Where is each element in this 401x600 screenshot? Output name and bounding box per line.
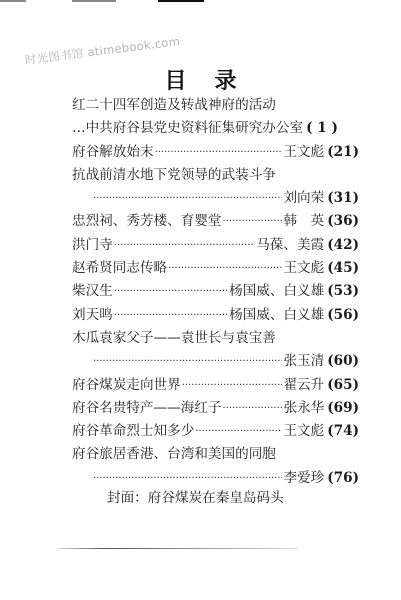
toc-page-number: (31) [327, 187, 359, 210]
toc-author: 马葆、美霞 [256, 234, 324, 257]
dot-leader [182, 374, 283, 397]
toc-author: 杨国威、白义雄 [229, 280, 324, 303]
watermark: 时光图书馆 atimebook.com [24, 33, 181, 68]
toc-entry[interactable]: 府谷解放始末 王文彪 (21) [72, 141, 359, 164]
toc-author: 中共府谷县党史资料征集研究办公室 [86, 117, 304, 140]
toc-entry[interactable]: 刘向荣 (31) [72, 187, 359, 210]
toc-author: 王文彪 [283, 141, 324, 164]
toc-page-number: (65) [327, 374, 359, 397]
toc-page-number: (53) [327, 280, 359, 303]
dot-leader [114, 304, 228, 327]
toc-title: 赵希贤同志传略 [72, 257, 167, 280]
scan-mark [72, 0, 116, 2]
toc-page-number: (74) [327, 420, 359, 443]
toc-title: 柴汉生 [72, 280, 113, 303]
toc-entry[interactable]: 张玉清 (60) [72, 350, 359, 373]
toc-author: 刘向荣 [283, 187, 324, 210]
dot-leader [168, 257, 282, 280]
toc-page-number: (42) [327, 234, 359, 257]
scan-mark [158, 0, 204, 2]
toc-entry-title[interactable]: 抗战前清水地下党领导的武装斗争 [72, 164, 359, 187]
toc-author: 张玉清 [283, 350, 324, 373]
scan-mark [0, 0, 26, 2]
dot-leader [195, 420, 282, 443]
toc-page-number: (45) [327, 257, 359, 280]
dot-leader [155, 141, 283, 164]
table-of-contents: 红二十四军创造及转战神府的活动 … 中共府谷县党史资料征集研究办公室 ( 1 )… [72, 94, 359, 490]
dot-leader [93, 350, 282, 373]
toc-author: 杨国威、白义雄 [229, 304, 324, 327]
toc-page-number: (76) [327, 467, 359, 490]
page-title: 目录 [0, 64, 401, 95]
toc-title: 木瓜袁家父子——袁世长与袁宝善 [72, 327, 359, 350]
toc-page-number: (21) [327, 141, 359, 164]
dot-leader [93, 187, 282, 210]
cover-caption: 封面：府谷煤炭在秦皇岛码头 [107, 486, 284, 506]
toc-page-number: (56) [327, 304, 359, 327]
toc-title: 洪门寺 [72, 234, 113, 257]
toc-page-number: ( 1 ) [306, 117, 338, 140]
dot-leader [114, 280, 228, 303]
toc-entry[interactable]: 府谷煤炭走向世界 翟云升 (65) [72, 374, 359, 397]
dot-leader [114, 234, 255, 257]
toc-title: 府谷革命烈士知多少 [72, 420, 194, 443]
toc-title: 府谷解放始末 [72, 141, 154, 164]
dot-leader [223, 210, 283, 233]
toc-title: 忠烈祠、秀芳楼、育婴堂 [72, 210, 222, 233]
toc-entry-title[interactable]: 木瓜袁家父子——袁世长与袁宝善 [72, 327, 359, 350]
toc-author: 王文彪 [283, 257, 324, 280]
toc-entry[interactable]: 府谷名贵特产——海红子 张永华 (69) [72, 397, 359, 420]
toc-entry[interactable]: 柴汉生 杨国威、白义雄 (53) [72, 280, 359, 303]
toc-entry[interactable]: 赵希贤同志传略 王文彪 (45) [72, 257, 359, 280]
toc-title: 府谷煤炭走向世界 [72, 374, 181, 397]
toc-entry[interactable]: 忠烈祠、秀芳楼、育婴堂 韩 英 (36) [72, 210, 359, 233]
toc-title: 抗战前清水地下党领导的武装斗争 [72, 164, 359, 187]
toc-title: 红二十四军创造及转战神府的活动 [72, 94, 359, 117]
toc-lead-in: … [72, 117, 86, 140]
toc-title: 府谷名贵特产——海红子 [72, 397, 222, 420]
scan-bottom-rule [58, 548, 298, 549]
toc-entry[interactable]: 刘天鸣 杨国威、白义雄 (56) [72, 304, 359, 327]
toc-author: 王文彪 [283, 420, 324, 443]
toc-entry[interactable]: … 中共府谷县党史资料征集研究办公室 ( 1 ) [72, 117, 359, 140]
toc-page-number: (60) [327, 350, 359, 373]
toc-page-number: (69) [327, 397, 359, 420]
toc-title: 刘天鸣 [72, 304, 113, 327]
toc-author: 翟云升 [283, 374, 324, 397]
toc-author: 张永华 [283, 397, 324, 420]
toc-entry[interactable]: 府谷革命烈士知多少 王文彪 (74) [72, 420, 359, 443]
toc-entry-title[interactable]: 府谷旅居香港、台湾和美国的同胞 [72, 443, 359, 466]
toc-author: 韩 英 [283, 210, 324, 233]
toc-title: 府谷旅居香港、台湾和美国的同胞 [72, 443, 359, 466]
scan-edge-marks [0, 0, 401, 4]
toc-entry-title[interactable]: 红二十四军创造及转战神府的活动 [72, 94, 359, 117]
dot-leader [223, 397, 283, 420]
toc-author: 李爱珍 [283, 467, 324, 490]
toc-page-number: (36) [327, 210, 359, 233]
toc-entry[interactable]: 洪门寺 马葆、美霞 (42) [72, 234, 359, 257]
